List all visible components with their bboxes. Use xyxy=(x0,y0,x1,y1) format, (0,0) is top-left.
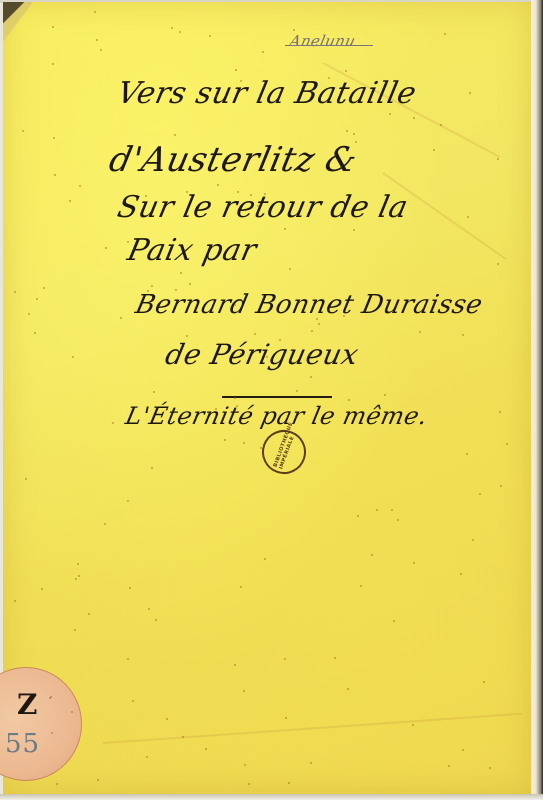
foxing-speck xyxy=(94,11,96,13)
foxing-speck xyxy=(389,113,391,115)
title-line-3: Sur le retour de la xyxy=(114,190,411,225)
foxing-speck xyxy=(205,748,207,750)
foxing-speck xyxy=(357,515,359,517)
title-line-2: d'Austerlitz & xyxy=(106,140,361,180)
title-line-1: Vers sur la Bataille xyxy=(114,76,419,111)
foxing-speck xyxy=(264,558,266,560)
foxing-speck xyxy=(248,783,250,785)
foxing-speck xyxy=(216,95,218,97)
foxing-speck xyxy=(209,35,211,37)
shelfmark-number: 55 xyxy=(5,729,40,759)
foxing-speck xyxy=(506,443,508,445)
foxing-speck xyxy=(145,195,147,197)
foxing-speck xyxy=(353,229,355,231)
scan-border-bottom xyxy=(0,794,543,800)
foxing-speck xyxy=(334,657,336,659)
foxing-speck xyxy=(376,509,378,511)
foxing-speck xyxy=(166,718,168,720)
foxing-speck xyxy=(153,391,155,393)
foxing-speck xyxy=(440,124,442,126)
foxing-speck xyxy=(217,184,219,186)
foxing-speck xyxy=(489,767,491,769)
author-origin: de Périgueux xyxy=(162,338,361,371)
foxing-speck xyxy=(284,658,286,660)
foxing-speck xyxy=(371,554,373,556)
foxing-speck xyxy=(56,783,58,785)
author-name: Bernard Bonnet Duraisse xyxy=(133,290,486,320)
foxing-speck xyxy=(182,736,184,738)
foxing-speck xyxy=(132,700,134,702)
shelfmark-letter: Z xyxy=(17,688,37,721)
second-work-title: L'Éternité par le même. xyxy=(123,402,430,430)
foxing-speck xyxy=(236,405,238,407)
foxing-speck xyxy=(360,585,362,587)
foxing-speck xyxy=(112,422,114,424)
foxing-speck xyxy=(262,51,264,53)
pencil-annotation: Anelunu xyxy=(288,32,357,50)
foxing-speck xyxy=(146,756,148,758)
foxing-speck xyxy=(235,69,237,71)
library-stamp-text: BIBLIOTHÈQUE IMPÉRIALE xyxy=(273,434,296,470)
foxing-speck xyxy=(129,587,131,589)
foxing-speck xyxy=(234,397,236,399)
foxing-speck xyxy=(384,394,386,396)
foxing-speck xyxy=(180,272,182,274)
foxing-speck xyxy=(469,92,471,94)
foxing-speck xyxy=(483,681,485,683)
foxing-speck xyxy=(296,390,298,392)
foxing-speck xyxy=(310,376,312,378)
foxing-speck xyxy=(243,442,245,444)
foxing-speck xyxy=(293,29,295,31)
foxing-speck xyxy=(234,664,236,666)
foxing-speck xyxy=(171,27,173,29)
foxing-speck xyxy=(284,228,286,230)
foxing-speck xyxy=(348,399,350,401)
title-line-4: Paix par xyxy=(124,233,260,268)
foxing-speck xyxy=(151,285,153,287)
foxing-speck xyxy=(186,191,188,193)
foxing-speck xyxy=(175,289,177,291)
foxing-speck xyxy=(14,291,16,293)
foxing-speck xyxy=(444,33,446,35)
pencil-strikethrough xyxy=(285,45,373,46)
foxing-speck xyxy=(215,408,217,410)
foxing-speck xyxy=(289,268,291,270)
foxing-speck xyxy=(97,779,99,781)
foxing-speck xyxy=(412,724,414,726)
foxing-speck xyxy=(413,117,415,119)
foxing-speck xyxy=(309,354,311,356)
foxing-speck xyxy=(151,467,153,469)
foxing-speck xyxy=(120,317,122,319)
separator-rule xyxy=(222,396,332,398)
foxing-speck xyxy=(74,629,76,631)
manuscript-page xyxy=(3,2,532,794)
foxing-speck xyxy=(240,353,242,355)
foxing-speck xyxy=(353,133,355,135)
scan-border-right xyxy=(531,0,543,800)
foxing-speck xyxy=(104,523,106,525)
foxing-speck xyxy=(100,49,102,51)
foxing-speck xyxy=(148,608,150,610)
